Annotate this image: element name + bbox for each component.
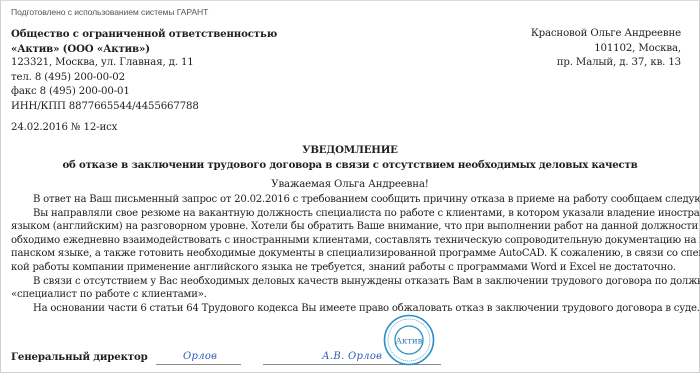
body-line: В ответ на Ваш письменный запрос от 20.0… — [11, 193, 686, 207]
body-line: кой работы компании применение английско… — [11, 261, 686, 275]
title-main: УВЕДОМЛЕНИЕ — [1, 143, 699, 158]
outgoing-reference: 24.02.2016 № 12-исх — [11, 122, 117, 133]
body-line: языком (английским) на разговорном уровн… — [11, 220, 686, 234]
body-line: В связи с отсутствием у Вас необходимых … — [11, 275, 686, 289]
document-title: УВЕДОМЛЕНИЕ об отказе в заключении трудо… — [1, 143, 699, 172]
body-line: панском языке, а также готовить необходи… — [11, 247, 686, 261]
recipient-name: Красновой Ольге Андреевне — [531, 27, 681, 42]
sender-address: 123321, Москва, ул. Главная, д. 11 — [11, 56, 277, 71]
sender-fax: факс 8 (495) 200-00-01 — [11, 85, 277, 100]
stamp-text: Актив — [396, 337, 423, 347]
body-line: «специалист по работе с клиентами». — [11, 288, 686, 302]
handwritten-signature: Орлов — [183, 351, 217, 362]
letter-body: В ответ на Ваш письменный запрос от 20.0… — [11, 193, 686, 315]
sender-inn-kpp: ИНН/КПП 8877665544/4455667788 — [11, 100, 277, 115]
company-stamp-icon: Актив — [383, 314, 435, 366]
sender-org-line1: Общество с ограниченной ответственностью — [11, 27, 277, 42]
salutation: Уважаемая Ольга Андреевна! — [1, 179, 699, 190]
recipient-city: 101102, Москва, — [531, 42, 681, 57]
sender-phone: тел. 8 (495) 200-00-02 — [11, 71, 277, 86]
recipient-block: Красновой Ольге Андреевне 101102, Москва… — [531, 27, 681, 71]
body-line: На основании части 6 статьи 64 Трудового… — [11, 302, 686, 316]
sender-block: Общество с ограниченной ответственностью… — [11, 27, 277, 115]
document-page: Подготовлено с использованием системы ГА… — [0, 0, 700, 373]
body-line: обходимо ежедневно взаимодействовать с и… — [11, 234, 686, 248]
handwritten-name: А.В. Орлов — [322, 351, 382, 362]
garant-header-note: Подготовлено с использованием системы ГА… — [11, 7, 208, 17]
title-subtitle: об отказе в заключении трудового договор… — [1, 158, 699, 173]
signature-line — [156, 364, 241, 365]
body-line: Вы направляли свое резюме на вакантную д… — [11, 207, 686, 221]
signatory-position: Генеральный директор — [11, 351, 148, 363]
sender-org-line2: «Актив» (ООО «Актив») — [11, 42, 277, 57]
recipient-street: пр. Малый, д. 37, кв. 13 — [531, 56, 681, 71]
